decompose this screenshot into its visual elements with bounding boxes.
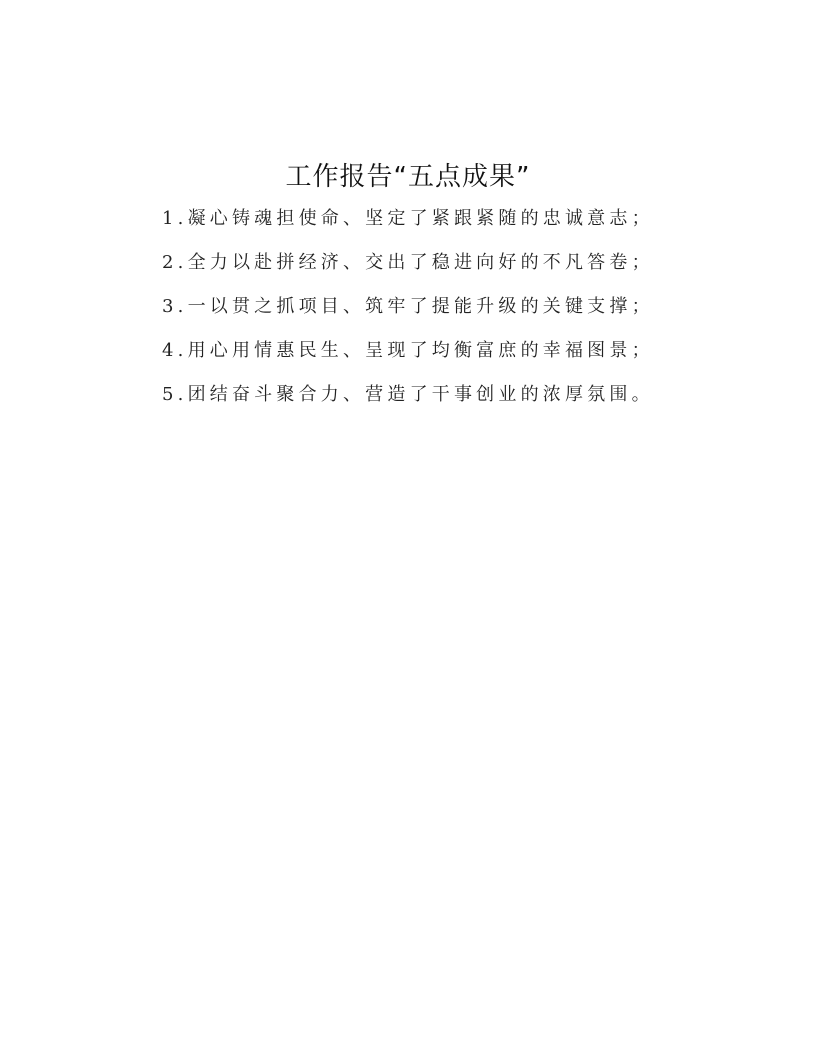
list-item: 5.团结奋斗聚合力、营造了干事创业的浓厚氛围。 [162, 373, 654, 417]
achievements-list: 1.凝心铸魂担使命、坚定了紧跟紧随的忠诚意志； 2.全力以赴拼经济、交出了稳进向… [162, 197, 654, 417]
document-title: 工作报告“五点成果” [0, 159, 816, 195]
list-item: 2.全力以赴拼经济、交出了稳进向好的不凡答卷； [162, 241, 654, 285]
list-item: 1.凝心铸魂担使命、坚定了紧跟紧随的忠诚意志； [162, 197, 654, 241]
list-item: 4.用心用情惠民生、呈现了均衡富庶的幸福图景； [162, 329, 654, 373]
list-item: 3.一以贯之抓项目、筑牢了提能升级的关键支撑； [162, 285, 654, 329]
document-page: 工作报告“五点成果” 1.凝心铸魂担使命、坚定了紧跟紧随的忠诚意志； 2.全力以… [0, 0, 816, 1056]
